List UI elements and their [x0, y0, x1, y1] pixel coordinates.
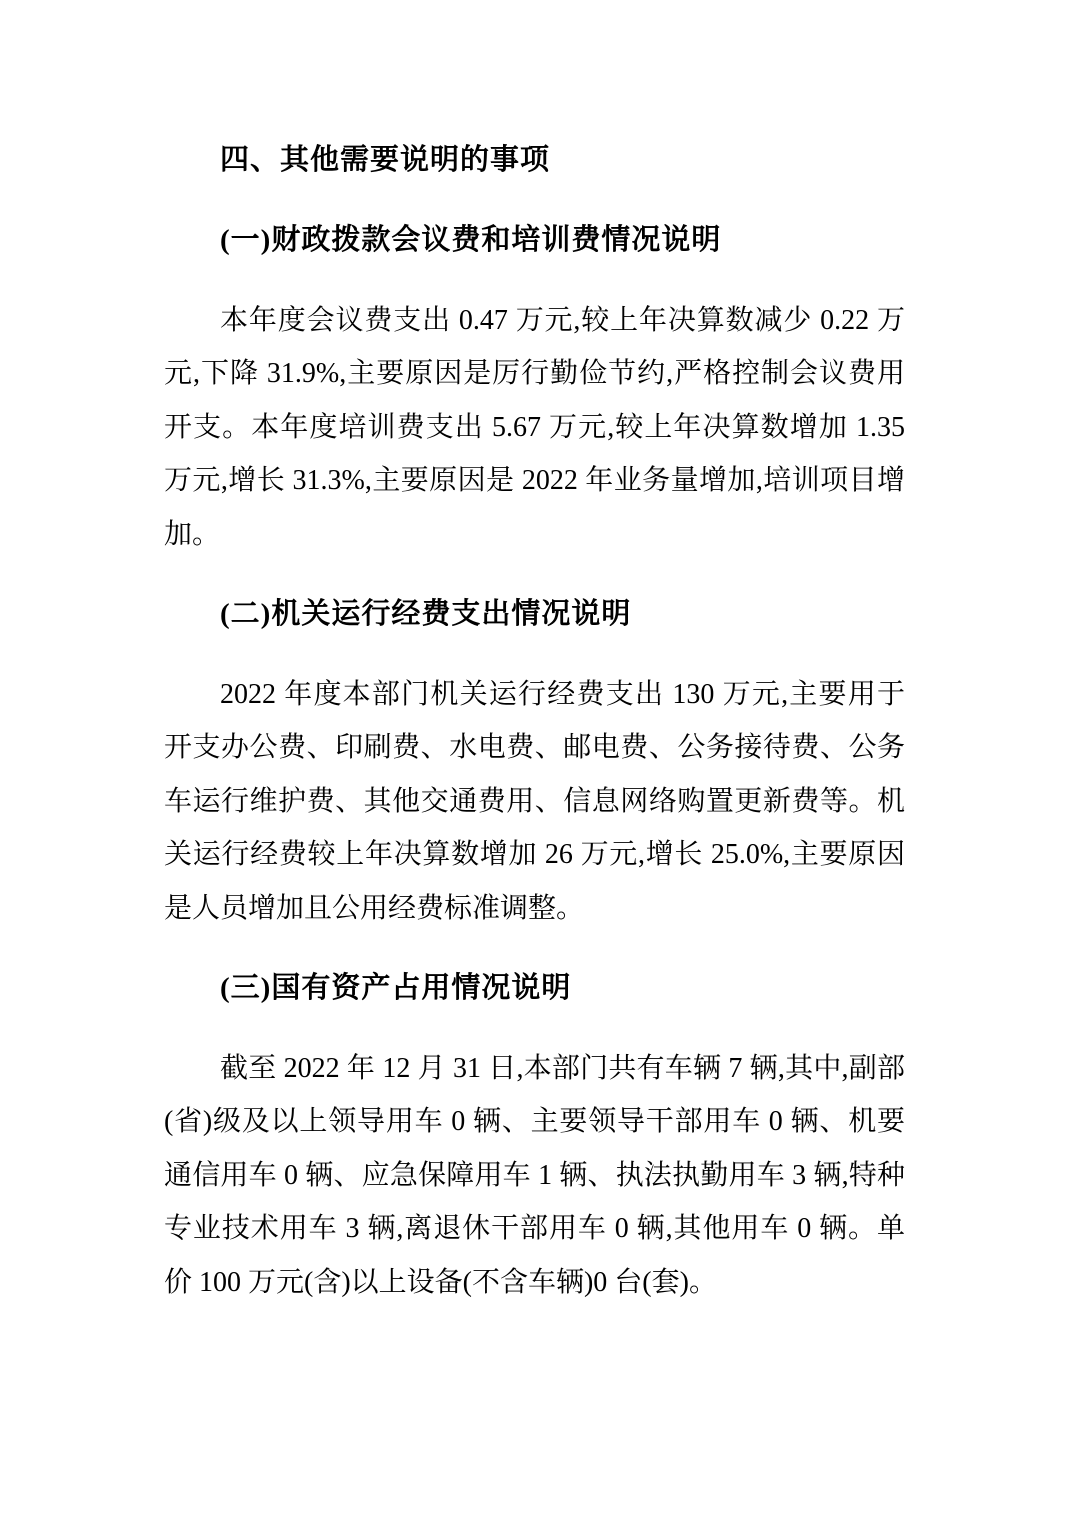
subsection-2-heading: (二)机关运行经费支出情况说明: [164, 588, 905, 641]
document-content: 四、其他需要说明的事项 (一)财政拨款会议费和培训费情况说明 本年度会议费支出 …: [0, 0, 1074, 1309]
subsection-1-heading: (一)财政拨款会议费和培训费情况说明: [164, 214, 905, 267]
section-heading: 四、其他需要说明的事项: [164, 134, 905, 187]
subsection-1-paragraph: 本年度会议费支出 0.47 万元,较上年决算数减少 0.22 万元,下降 31.…: [164, 294, 905, 561]
subsection-3-heading: (三)国有资产占用情况说明: [164, 962, 905, 1015]
subsection-3-paragraph: 截至 2022 年 12 月 31 日,本部门共有车辆 7 辆,其中,副部(省)…: [164, 1042, 905, 1309]
document-page: 四、其他需要说明的事项 (一)财政拨款会议费和培训费情况说明 本年度会议费支出 …: [0, 0, 1074, 1520]
subsection-2-paragraph: 2022 年度本部门机关运行经费支出 130 万元,主要用于开支办公费、印刷费、…: [164, 668, 905, 935]
